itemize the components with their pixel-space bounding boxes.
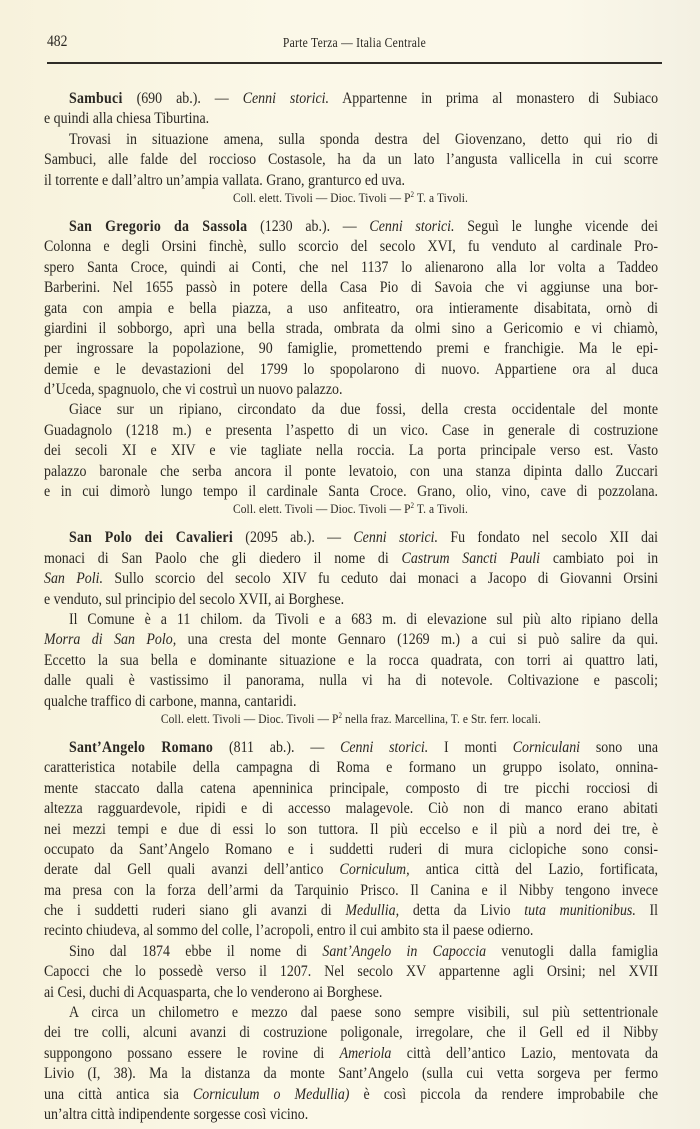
- text-line: palazzo baronale che serba ancora il pon…: [44, 461, 658, 481]
- text-line: recinto chiudeva, al sommo del colle, l’…: [44, 920, 658, 940]
- text-line: il torrente e dall’altro un’ampia vallat…: [44, 170, 658, 190]
- text-line: e quindi alla chiesa Tiburtina.: [44, 108, 658, 128]
- book-page: 482 Parte Terza — Italia Centrale Sambuc…: [0, 0, 700, 1129]
- text-line: Sant’Angelo Romano (811 ab.). — Cenni st…: [44, 737, 658, 757]
- text-line: A circa un chilometro e mezzo dal paese …: [44, 1002, 658, 1022]
- text-line: dei tre colli, alcuni avanzi di costruzi…: [44, 1022, 658, 1042]
- section-label: Cenni storici.: [340, 738, 428, 756]
- text-line: una città antica sia Corniculum o Medull…: [44, 1084, 658, 1104]
- text-line: giardini il sobborgo, aprì una bella str…: [44, 318, 658, 338]
- text-line: dei secoli XI e XIV e vie tagliate nella…: [44, 440, 658, 460]
- text-line: e venduto, sul principio del secolo XVII…: [44, 589, 658, 609]
- entry-sambuci: Sambuci (690 ab.). — Cenni storici. Appa…: [44, 88, 658, 208]
- page-number: 482: [47, 33, 67, 51]
- text-line: Morra di San Polo, una cresta del monte …: [44, 629, 658, 649]
- text-line: Trovasi in situazione amena, sulla spond…: [44, 129, 658, 149]
- page-body: Sambuci (690 ab.). — Cenni storici. Appa…: [44, 88, 658, 1124]
- entry-san-polo: San Polo dei Cavalieri (2095 ab.). — Cen…: [44, 527, 658, 729]
- text-line: demie e le devastazioni del 1799 lo spop…: [44, 359, 658, 379]
- text-line: e in cui dimorò lungo tempo il cardinale…: [44, 481, 658, 501]
- entry-title: Sambuci: [69, 89, 123, 107]
- text-line: Colonna e degli Orsini finchè, sullo sco…: [44, 236, 658, 256]
- text-line: Sino dal 1874 ebbe il nome di Sant’Angel…: [44, 941, 658, 961]
- text-line: gata con ampia e bella piazza, a uso anf…: [44, 298, 658, 318]
- entry-footer: Coll. elett. Tivoli — Dioc. Tivoli — P2 …: [44, 711, 658, 729]
- text-line: Giace sur un ripiano, circondato da due …: [44, 399, 658, 419]
- text-line: Sambuci (690 ab.). — Cenni storici. Appa…: [44, 88, 658, 108]
- text-line: Il Comune è a 11 chilom. da Tivoli e a 6…: [44, 609, 658, 629]
- text-line: suppongono possano essere le rovine di A…: [44, 1043, 658, 1063]
- text-line: che i suddetti ruderi siano gli avanzi d…: [44, 900, 658, 920]
- entry-title: San Gregorio da Sassola: [69, 217, 247, 235]
- running-head: Parte Terza — Italia Centrale: [90, 35, 619, 51]
- text-line: derate dal Gell quali avanzi dell’antico…: [44, 859, 658, 879]
- text-line: Guadagnolo (1218 m.) e presenta l’aspett…: [44, 420, 658, 440]
- text-line: un’altra città indipendente sorgesse cos…: [44, 1104, 658, 1124]
- section-label: Cenni storici.: [369, 217, 454, 235]
- text-line: spero Santa Croce, quindi ai Conti, che …: [44, 257, 658, 277]
- entry-san-gregorio: San Gregorio da Sassola (1230 ab.). — Ce…: [44, 216, 658, 519]
- text-line: mente staccato dalla catena apenninica p…: [44, 778, 658, 798]
- entry-sant-angelo-romano: Sant’Angelo Romano (811 ab.). — Cenni st…: [44, 737, 658, 1124]
- text-line: d’Uceda, spagnuolo, che vi costruì un nu…: [44, 379, 658, 399]
- section-label: Cenni storici.: [243, 89, 329, 107]
- entry-title: San Polo dei Cavalieri: [69, 528, 233, 546]
- page-header: 482 Parte Terza — Italia Centrale: [47, 33, 662, 55]
- text-line: Capocci che lo possedè verso il 1207. Ne…: [44, 961, 658, 981]
- text-line: San Gregorio da Sassola (1230 ab.). — Ce…: [44, 216, 658, 236]
- text-line: nei mezzi tempi e due di essi lo son tut…: [44, 819, 658, 839]
- text-line: Barberini. Nel 1655 passò in potere dell…: [44, 277, 658, 297]
- text-line: caratteristica notabile della campagna d…: [44, 757, 658, 777]
- header-rule: [47, 62, 662, 64]
- text-line: occupato da Sant’Angelo Romano e i sudde…: [44, 839, 658, 859]
- entry-footer: Coll. elett. Tivoli — Dioc. Tivoli — P2 …: [44, 190, 658, 208]
- text-line: Eccetto la sua bella e dominante situazi…: [44, 650, 658, 670]
- text-line: monaci di San Paolo che gli diedero il n…: [44, 548, 658, 568]
- entry-footer: Coll. elett. Tivoli — Dioc. Tivoli — P2 …: [44, 501, 658, 519]
- text-line: San Poli. Sullo scorcio del secolo XIV f…: [44, 568, 658, 588]
- text-line: per ingrossare la popolazione, 90 famigl…: [44, 338, 658, 358]
- text-line: altezza ragguardevole, ripidi e di acces…: [44, 798, 658, 818]
- text-line: Livio (I, 38). Ma la distanza da monte S…: [44, 1063, 658, 1083]
- entry-title: Sant’Angelo Romano: [69, 738, 213, 756]
- text-line: ai Cesi, duchi di Acquasparta, che lo ve…: [44, 982, 658, 1002]
- text-line: ma presa con la forza dell’armi da Tarqu…: [44, 880, 658, 900]
- text-line: qualche traffico di carbone, manna, cant…: [44, 691, 658, 711]
- text-line: dalle quali è vastissimo il panorama, nu…: [44, 670, 658, 690]
- text-line: San Polo dei Cavalieri (2095 ab.). — Cen…: [44, 527, 658, 547]
- text-line: Sambuci, alle falde del roccioso Costaso…: [44, 149, 658, 169]
- section-label: Cenni storici.: [353, 528, 438, 546]
